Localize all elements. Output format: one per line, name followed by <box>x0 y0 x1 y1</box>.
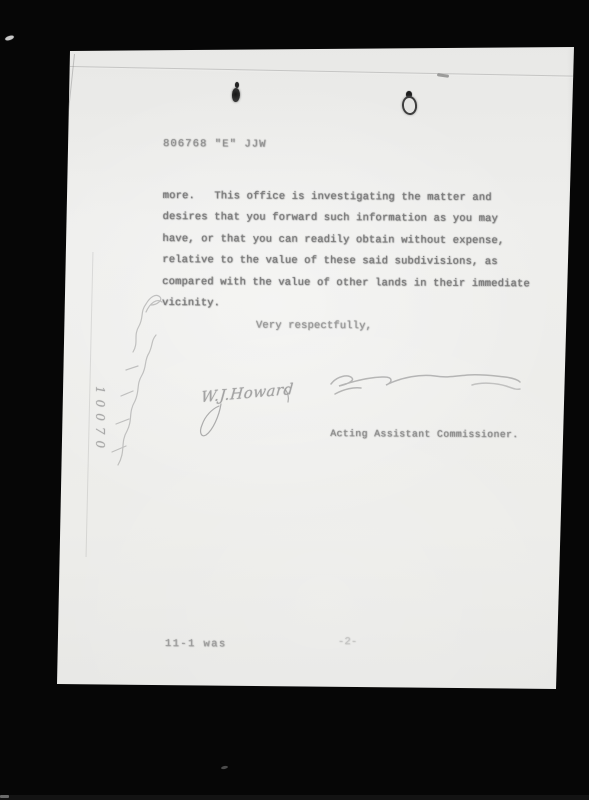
typed-text-layer: 806768 "E" JJW more. This office is inve… <box>0 0 589 800</box>
body-line: have, or that you can readily obtain wit… <box>162 234 504 247</box>
closing-line: Very respectfully, <box>256 321 372 333</box>
body-line: relative to the value of these said subd… <box>162 255 498 268</box>
signer-title: Acting Assistant Commissioner. <box>330 428 518 440</box>
file-number: 806768 "E" JJW <box>163 139 267 151</box>
frame-edge <box>0 795 589 800</box>
dust-speck <box>221 765 228 769</box>
margin-number: 10070 <box>93 386 107 454</box>
body-line: more. This office is investigating the m… <box>163 191 492 204</box>
footer-reference: 11-1 was <box>165 639 227 650</box>
dust-speck <box>5 35 15 42</box>
body-line: compared with the value of other lands i… <box>162 277 530 290</box>
body-line: desires that you forward such informatio… <box>162 212 498 225</box>
page-number: -2- <box>338 637 357 648</box>
frame-edge-highlight <box>0 795 9 798</box>
body-line: vicinity. <box>162 298 220 309</box>
document-page: 806768 "E" JJW more. This office is inve… <box>0 0 589 800</box>
photo-frame: 806768 "E" JJW more. This office is inve… <box>0 0 589 800</box>
